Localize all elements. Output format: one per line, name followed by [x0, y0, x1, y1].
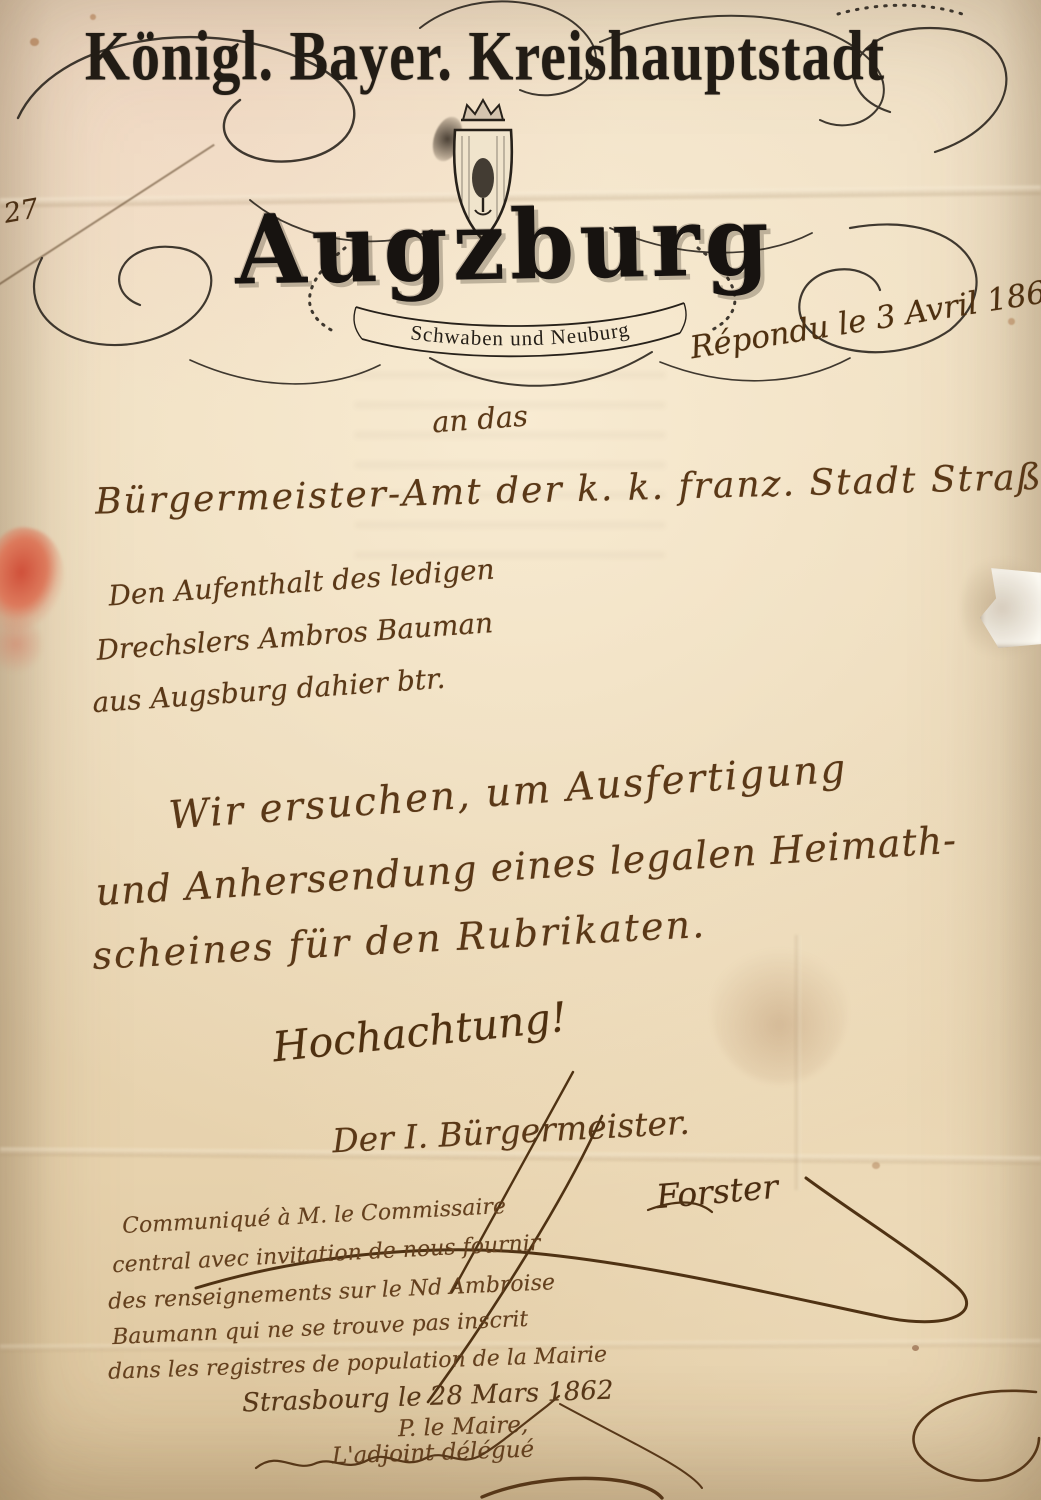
letterhead-city-name: Augzburg	[234, 185, 716, 306]
scanned-letter-page: 27 Königl. Bayer. Kreishauptstadt	[0, 0, 1041, 1500]
adjoint-signature-flourish	[0, 1380, 1041, 1500]
salutation-line-1: an das	[431, 399, 529, 440]
letterhead-banner-ribbon: Schwaben und Neuburg	[350, 293, 690, 365]
letterhead-title: Königl. Bayer. Kreishauptstadt	[40, 15, 930, 97]
